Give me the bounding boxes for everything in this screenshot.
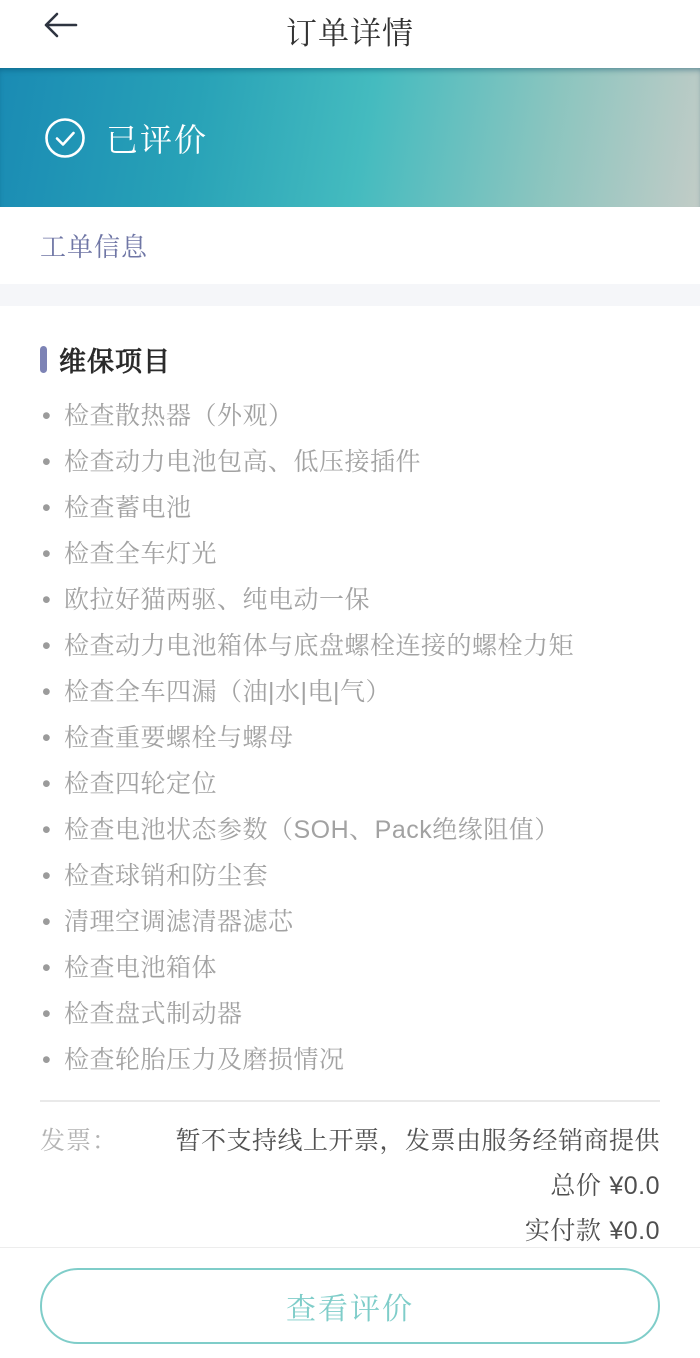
maintenance-section: 维保项目 检查散热器（外观） 检查动力电池包高、低压接插件 检查蓄电池 检查全车…: [0, 306, 700, 1247]
invoice-row: 发票： 暂不支持线上开票，发票由服务经销商提供: [40, 1126, 660, 1157]
list-item: 检查全车四漏（油|水|电|气）: [40, 677, 660, 708]
paid-amount-label: 实付款: [525, 1217, 602, 1245]
list-item: 检查轮胎压力及磨损情况: [40, 1045, 660, 1076]
work-order-info-link[interactable]: 工单信息: [40, 227, 148, 264]
maintenance-item-list: 检查散热器（外观） 检查动力电池包高、低压接插件 检查蓄电池 检查全车灯光 欧拉…: [40, 401, 660, 1076]
status-badge: 已评价: [106, 115, 208, 161]
arrow-left-icon: [38, 9, 82, 44]
total-price-amount: ¥0.0: [609, 1172, 660, 1200]
list-item: 检查电池箱体: [40, 953, 660, 984]
list-item: 欧拉好猫两驱、纯电动一保: [40, 585, 660, 616]
section-divider-band: [0, 284, 700, 306]
list-item: 检查重要螺栓与螺母: [40, 723, 660, 754]
back-button[interactable]: [34, 4, 86, 48]
view-review-button[interactable]: 查看评价: [40, 1268, 660, 1344]
list-item: 检查动力电池包高、低压接插件: [40, 447, 660, 478]
list-item: 检查球销和防尘套: [40, 861, 660, 892]
list-item: 检查盘式制动器: [40, 999, 660, 1030]
list-item: 检查四轮定位: [40, 769, 660, 800]
invoice-value: 暂不支持线上开票，发票由服务经销商提供: [175, 1126, 660, 1157]
paid-amount-value: ¥0.0: [609, 1217, 660, 1245]
page-title: 订单详情: [286, 8, 414, 53]
accent-bar: [40, 346, 47, 373]
list-item: 检查动力电池箱体与底盘螺栓连接的螺栓力矩: [40, 631, 660, 662]
list-item: 检查全车灯光: [40, 539, 660, 570]
status-banner: 已评价: [0, 68, 700, 207]
bottom-action-bar: 查看评价: [0, 1247, 700, 1358]
list-item: 检查蓄电池: [40, 493, 660, 524]
work-order-section: 工单信息: [0, 207, 700, 284]
maintenance-section-title: 维保项目: [59, 340, 171, 379]
list-item: 清理空调滤清器滤芯: [40, 907, 660, 938]
total-price-row: 总价¥0.0: [40, 1171, 660, 1202]
paid-amount-row: 实付款¥0.0: [40, 1216, 660, 1247]
list-item: 检查散热器（外观）: [40, 401, 660, 432]
check-circle-icon: [44, 117, 86, 159]
invoice-label: 发票：: [40, 1126, 118, 1157]
maintenance-section-header: 维保项目: [40, 340, 660, 379]
horizontal-divider: [40, 1100, 660, 1102]
order-detail-screen: 订单详情 已评价 工单信息 维保项目 检查散热器（外观） 检查动力电池包高、低压…: [0, 0, 700, 1358]
list-item: 检查电池状态参数（SOH、Pack绝缘阻值）: [40, 815, 660, 846]
app-bar: 订单详情: [0, 0, 700, 68]
total-price-label: 总价: [550, 1172, 601, 1200]
